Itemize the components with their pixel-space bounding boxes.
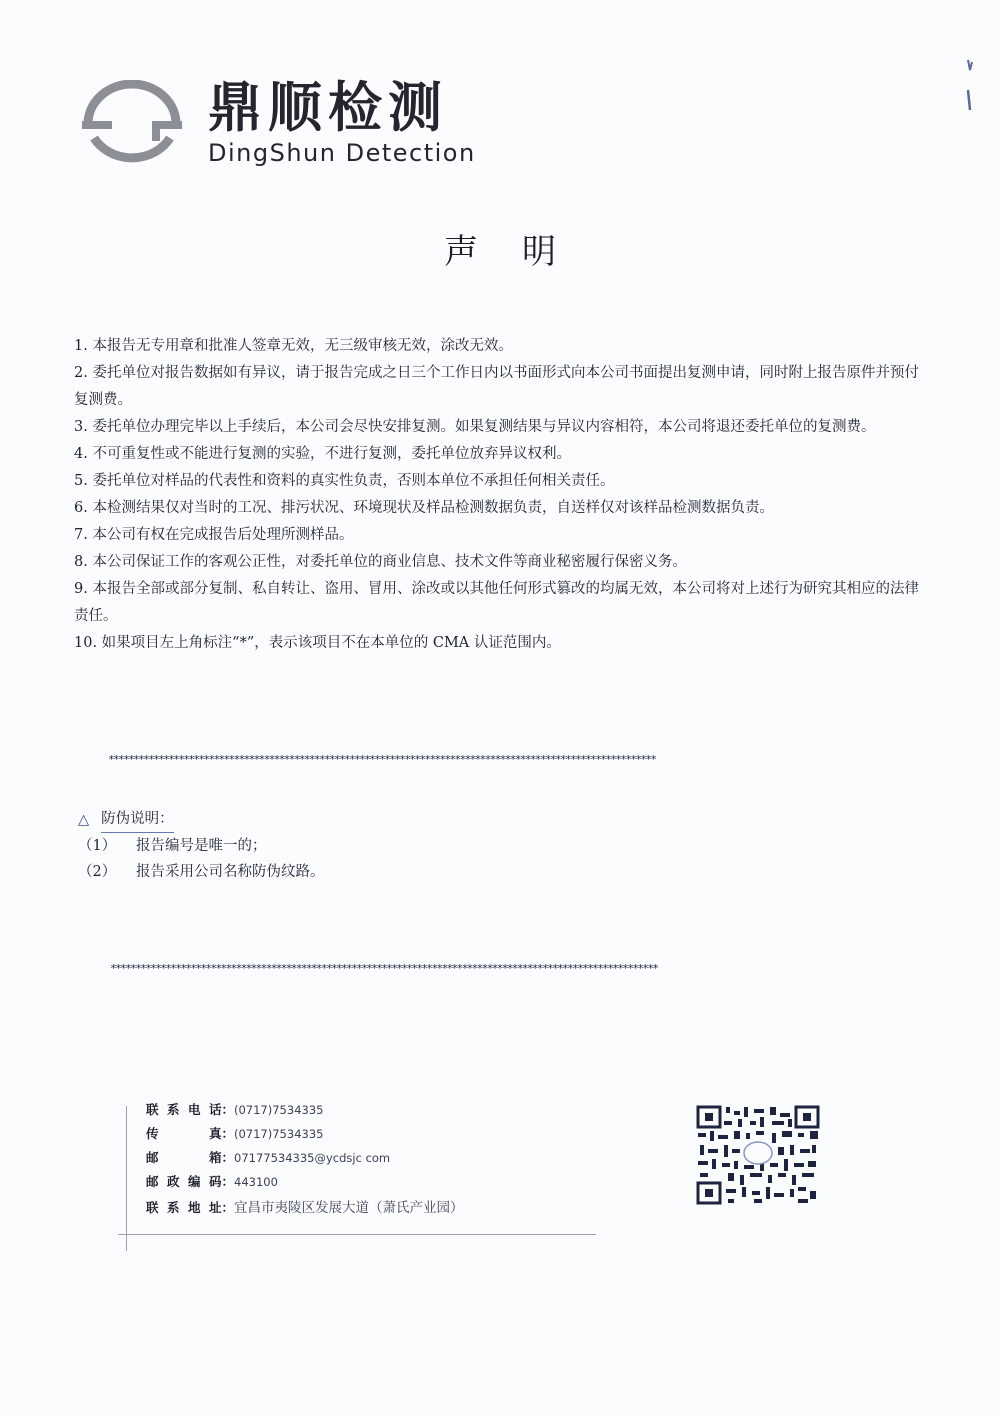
- anti-counterfeit-heading: 防伪说明：: [101, 806, 174, 833]
- item-number: （1）: [78, 833, 136, 859]
- statement-item: 7. 本公司有权在完成报告后处理所测样品。: [74, 522, 924, 549]
- anti-counterfeit-item: （1） 报告编号是唯一的；: [78, 833, 325, 859]
- contact-info: 联系电话： (0717)7534335 传真： (0717)7534335 邮箱…: [126, 1096, 596, 1256]
- statement-list: 1. 本报告无专用章和批准人签章无效，无三级审核无效，涂改无效。 2. 委托单位…: [74, 333, 924, 657]
- company-logo: 鼎顺检测 DingShun Detection: [78, 72, 538, 172]
- statement-item: 9. 本报告全部或部分复制、私自转让、盗用、冒用、涂改或以其他任何形式篡改的均属…: [74, 576, 924, 630]
- fax-value: (0717)7534335: [234, 1127, 323, 1141]
- statement-item: 5. 委托单位对样品的代表性和资料的真实性负责，否则本单位不承担任何相关责任。: [74, 468, 924, 495]
- item-text: 报告编号是唯一的；: [136, 833, 267, 859]
- separator-stars: ****************************************…: [108, 753, 898, 766]
- company-name-cn: 鼎顺检测: [208, 76, 448, 140]
- address-label: 联系地址：: [146, 1198, 234, 1216]
- contact-address: 联系地址： 宜昌市夷陵区发展大道（萧氏产业园）: [146, 1196, 464, 1216]
- statement-item: 1. 本报告无专用章和批准人签章无效，无三级审核无效，涂改无效。: [74, 333, 924, 360]
- phone-label: 联系电话：: [146, 1100, 234, 1118]
- postcode-value: 443100: [234, 1175, 278, 1189]
- separator-stars: ****************************************…: [110, 962, 900, 975]
- statement-item: 2. 委托单位对报告数据如有异议，请于报告完成之日三个工作日内以书面形式向本公司…: [74, 360, 924, 414]
- contact-phone: 联系电话： (0717)7534335: [146, 1100, 323, 1118]
- email-value: 07177534335@ycdsjc com: [234, 1151, 390, 1165]
- contact-fax: 传真： (0717)7534335: [146, 1124, 323, 1142]
- statement-item: 8. 本公司保证工作的客观公正性，对委托单位的商业信息、技术文件等商业秘密履行保…: [74, 549, 924, 576]
- postcode-label: 邮政编码：: [146, 1172, 234, 1190]
- phone-value: (0717)7534335: [234, 1103, 323, 1117]
- statement-item: 6. 本检测结果仅对当时的工况、排污状况、环境现状及样品检测数据负责，自送样仅对…: [74, 495, 924, 522]
- fax-label: 传真：: [146, 1124, 234, 1142]
- logo-ring-icon: [78, 80, 186, 168]
- page-title: 声明: [0, 224, 1000, 273]
- statement-item: 3. 委托单位办理完毕以上手续后，本公司会尽快安排复测。如果复测结果与异议内容相…: [74, 414, 924, 441]
- divider: [118, 1234, 596, 1235]
- anti-counterfeit-item: （2） 报告采用公司名称防伪纹路。: [78, 859, 325, 885]
- divider: [126, 1106, 127, 1251]
- warning-triangle-icon: △: [78, 807, 89, 833]
- item-number: （2）: [78, 859, 136, 885]
- statement-item: 10. 如果项目左上角标注“*”，表示该项目不在本单位的 CMA 认证范围内。: [74, 630, 924, 657]
- contact-postcode: 邮政编码： 443100: [146, 1172, 278, 1190]
- contact-email: 邮箱： 07177534335@ycdsjc com: [146, 1148, 390, 1166]
- item-text: 报告采用公司名称防伪纹路。: [136, 859, 325, 885]
- scan-artifact-icon: [960, 48, 980, 118]
- address-value: 宜昌市夷陵区发展大道（萧氏产业园）: [234, 1196, 464, 1216]
- anti-counterfeit-section: △ 防伪说明： （1） 报告编号是唯一的； （2） 报告采用公司名称防伪纹路。: [78, 806, 325, 885]
- qr-code-icon: [694, 1103, 822, 1207]
- email-label: 邮箱：: [146, 1148, 234, 1166]
- company-name-en: DingShun Detection: [208, 138, 476, 168]
- statement-item: 4. 不可重复性或不能进行复测的实验，不进行复测，委托单位放弃异议权利。: [74, 441, 924, 468]
